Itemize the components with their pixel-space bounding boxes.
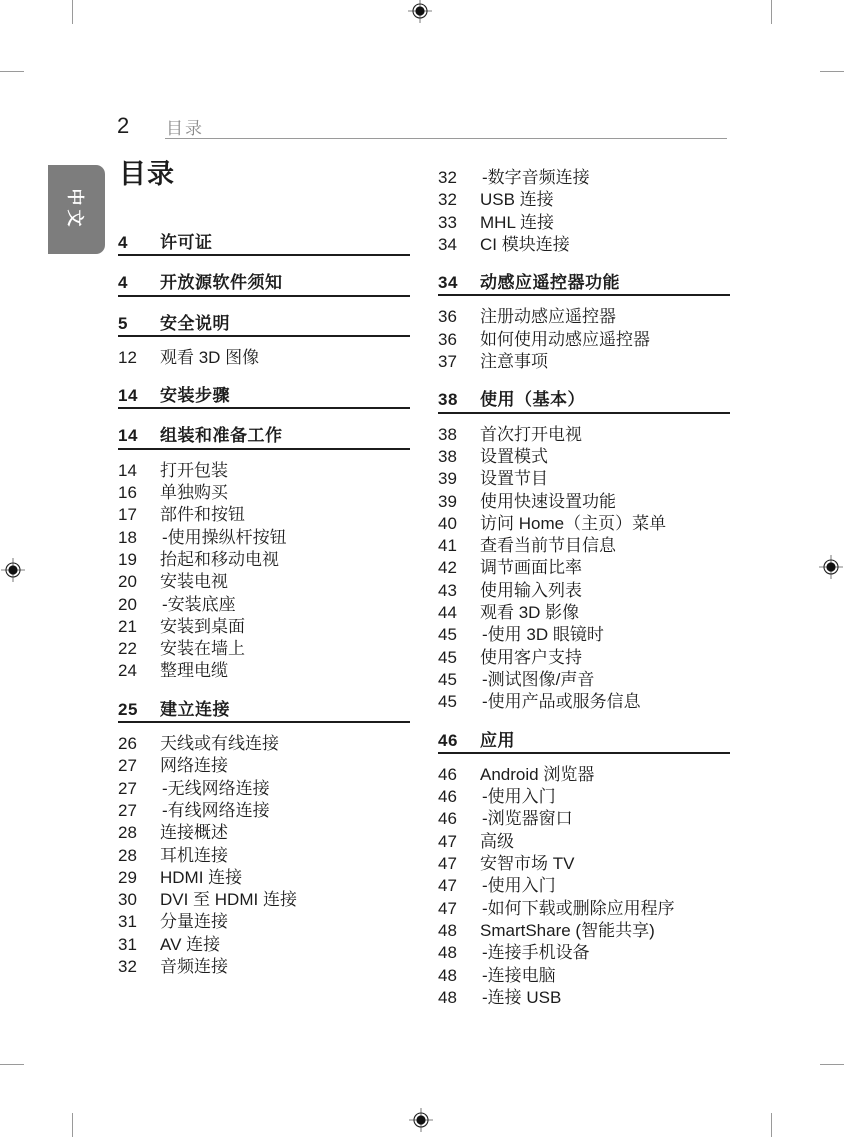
trim-mark-top-left-horizontal	[0, 71, 24, 72]
toc-entry-page-number: 31	[118, 911, 160, 933]
toc-section-title: 38使用（基本）	[438, 389, 730, 411]
toc-entry-label: 使用输入列表	[480, 580, 582, 602]
toc-entry-page-number: 17	[118, 504, 160, 526]
toc-entry-page-number: 5	[118, 313, 160, 335]
toc-entry-page-number: 43	[438, 580, 480, 602]
toc-entry: 31分量连接	[118, 911, 410, 933]
toc-entry-label: 抬起和移动电视	[160, 549, 279, 571]
toc-entry: 48-连接 USB	[438, 987, 730, 1009]
toc-entry-label: SmartShare (智能共享)	[480, 920, 655, 942]
toc-entry-label: -安装底座	[160, 594, 236, 616]
toc-entry-page-number: 45	[438, 647, 480, 669]
toc-entry: 21安装到桌面	[118, 616, 410, 638]
toc-entry-label: 应用	[480, 730, 515, 752]
toc-entry: 24整理电缆	[118, 660, 410, 682]
toc-entry-page-number: 46	[438, 764, 480, 786]
toc-entry-label: 注意事项	[480, 351, 548, 373]
toc-entry-label: -浏览器窗口	[480, 808, 573, 830]
toc-entry-page-number: 48	[438, 920, 480, 942]
toc-entry: 26天线或有线连接	[118, 733, 410, 755]
toc-entry-label: 分量连接	[160, 911, 228, 933]
toc-entry: 32-数字音频连接	[438, 167, 730, 189]
toc-entry: 20安装电视	[118, 571, 410, 593]
toc-entry-label: 打开包装	[160, 460, 228, 482]
toc-entry-label: 安装到桌面	[160, 616, 245, 638]
toc-section: 25建立连接	[118, 699, 410, 723]
toc-section-title: 25建立连接	[118, 699, 410, 721]
toc-entry-label: 动感应遥控器功能	[480, 272, 620, 294]
toc-entry-page-number: 36	[438, 329, 480, 351]
page-number: 2	[117, 113, 129, 139]
toc-entry: 31AV 连接	[118, 934, 410, 956]
toc-entry: 42调节画面比率	[438, 557, 730, 579]
toc-entry-page-number: 4	[118, 232, 160, 254]
toc-entry-label: -使用产品或服务信息	[480, 691, 641, 713]
toc-entry-label: DVI 至 HDMI 连接	[160, 889, 297, 911]
toc-entry-label: 设置节目	[480, 468, 548, 490]
toc-entry-page-number: 12	[118, 347, 160, 369]
trim-mark-bottom-right-vertical	[771, 1113, 772, 1137]
trim-mark-top-right-vertical	[771, 0, 772, 24]
section-rule	[118, 335, 410, 337]
toc-entry-page-number: 41	[438, 535, 480, 557]
toc-entry-label: -使用入门	[480, 875, 556, 897]
toc-entry-label: -连接电脑	[480, 965, 556, 987]
trim-mark-bottom-right-horizontal	[820, 1064, 844, 1065]
language-tab-label: 中文	[64, 189, 89, 231]
toc-entry-page-number: 39	[438, 468, 480, 490]
toc-entry-page-number: 36	[438, 306, 480, 328]
toc-section: 14组装和准备工作	[118, 425, 410, 449]
toc-entry-label: -连接手机设备	[480, 942, 590, 964]
toc-entry-page-number: 32	[438, 167, 480, 189]
toc-entry-page-number: 42	[438, 557, 480, 579]
registration-mark-icon-top	[407, 0, 433, 24]
toc-entry-page-number: 33	[438, 212, 480, 234]
toc-section-title: 14组装和准备工作	[118, 425, 410, 447]
toc-entry-label: CI 模块连接	[480, 234, 570, 256]
toc-entry-page-number: 32	[118, 956, 160, 978]
toc-entry-page-number: 28	[118, 822, 160, 844]
toc-section: 38使用（基本）	[438, 389, 730, 413]
registration-mark-icon-right	[818, 554, 844, 580]
toc-entry-page-number: 47	[438, 853, 480, 875]
toc-entry-page-number: 22	[118, 638, 160, 660]
toc-entry: 44观看 3D 影像	[438, 602, 730, 624]
toc-entry-label: -有线网络连接	[160, 800, 270, 822]
toc-entry: 43使用输入列表	[438, 580, 730, 602]
toc-entry-label: 耳机连接	[160, 845, 228, 867]
toc-entry-label: 安全说明	[160, 313, 230, 335]
toc-entry-page-number: 19	[118, 549, 160, 571]
toc-section: 46应用	[438, 730, 730, 754]
toc-section: 34动感应遥控器功能	[438, 272, 730, 296]
section-rule	[118, 254, 410, 256]
toc-entry-label: 整理电缆	[160, 660, 228, 682]
toc-entry-label: 使用快速设置功能	[480, 491, 616, 513]
toc-entry: 36注册动感应遥控器	[438, 306, 730, 328]
toc-entry: 38首次打开电视	[438, 424, 730, 446]
toc-entry: 22安装在墙上	[118, 638, 410, 660]
toc-column-right: 32-数字音频连接32USB 连接33MHL 连接34CI 模块连接34动感应遥…	[438, 167, 730, 1009]
toc-entry: 27-无线网络连接	[118, 778, 410, 800]
section-rule	[118, 721, 410, 723]
toc-entry-label: 安装步骤	[160, 385, 230, 407]
toc-entry: 45使用客户支持	[438, 647, 730, 669]
toc-entry-page-number: 37	[438, 351, 480, 373]
toc-entry: 47-如何下载或删除应用程序	[438, 898, 730, 920]
toc-section: 5安全说明	[118, 313, 410, 337]
toc-entry-label: 连接概述	[160, 822, 228, 844]
toc-entry: 45-使用产品或服务信息	[438, 691, 730, 713]
toc-entry-label: 组装和准备工作	[160, 425, 283, 447]
toc-entry: 46-浏览器窗口	[438, 808, 730, 830]
toc-entry: 46-使用入门	[438, 786, 730, 808]
toc-entry-page-number: 44	[438, 602, 480, 624]
toc-entry: 19抬起和移动电视	[118, 549, 410, 571]
toc-entry-page-number: 29	[118, 867, 160, 889]
toc-entry-page-number: 26	[118, 733, 160, 755]
toc-entry-label: -使用 3D 眼镜时	[480, 624, 604, 646]
toc-entry-page-number: 34	[438, 272, 480, 294]
manual-toc-page: { "page": { "page_number": "2", "running…	[0, 0, 844, 1137]
toc-entry-page-number: 38	[438, 424, 480, 446]
toc-entry-label: 单独购买	[160, 482, 228, 504]
toc-entry: 45-使用 3D 眼镜时	[438, 624, 730, 646]
toc-entry-page-number: 27	[118, 778, 160, 800]
page-title: 目录	[119, 159, 175, 189]
toc-entry-label: 安装在墙上	[160, 638, 245, 660]
toc-entry: 45-测试图像/声音	[438, 669, 730, 691]
toc-entry-page-number: 31	[118, 934, 160, 956]
toc-entry-label: 使用客户支持	[480, 647, 582, 669]
toc-entry-page-number: 21	[118, 616, 160, 638]
toc-entry-label: 音频连接	[160, 956, 228, 978]
toc-entry-label: 部件和按钮	[160, 504, 245, 526]
toc-entry: 12观看 3D 图像	[118, 347, 410, 369]
toc-entry-label: 建立连接	[160, 699, 230, 721]
toc-entry-page-number: 46	[438, 786, 480, 808]
toc-entry-page-number: 28	[118, 845, 160, 867]
toc-entry-page-number: 47	[438, 831, 480, 853]
toc-entry-label: 许可证	[160, 232, 213, 254]
toc-entry-label: 调节画面比率	[480, 557, 582, 579]
toc-entry-page-number: 24	[118, 660, 160, 682]
trim-mark-top-right-horizontal	[820, 71, 844, 72]
toc-entry-page-number: 32	[438, 189, 480, 211]
toc-entry: 48-连接电脑	[438, 965, 730, 987]
toc-entry: 38设置模式	[438, 446, 730, 468]
toc-entry-label: 访问 Home（主页）菜单	[480, 513, 666, 535]
toc-entry-page-number: 45	[438, 691, 480, 713]
toc-section-title: 46应用	[438, 730, 730, 752]
toc-entry-page-number: 45	[438, 669, 480, 691]
toc-entry-label: HDMI 连接	[160, 867, 242, 889]
toc-entry: 32USB 连接	[438, 189, 730, 211]
toc-entry-label: 使用（基本）	[480, 389, 585, 411]
toc-entry-page-number: 25	[118, 699, 160, 721]
toc-entry: 28连接概述	[118, 822, 410, 844]
toc-section-title: 5安全说明	[118, 313, 410, 335]
toc-entry-label: -测试图像/声音	[480, 669, 594, 691]
running-header-rule	[165, 138, 727, 139]
toc-entry: 33MHL 连接	[438, 212, 730, 234]
trim-mark-bottom-left-horizontal	[0, 1064, 24, 1065]
toc-entry-label: 安智市场 TV	[480, 853, 574, 875]
toc-section: 4许可证	[118, 232, 410, 256]
toc-entry: 40访问 Home（主页）菜单	[438, 513, 730, 535]
toc-entry: 41查看当前节目信息	[438, 535, 730, 557]
toc-section: 14安装步骤	[118, 385, 410, 409]
toc-entry-page-number: 47	[438, 875, 480, 897]
toc-entry-page-number: 48	[438, 965, 480, 987]
toc-entry: 27-有线网络连接	[118, 800, 410, 822]
section-rule	[438, 752, 730, 754]
toc-section-title: 4许可证	[118, 232, 410, 254]
toc-entry-label: USB 连接	[480, 189, 554, 211]
toc-entry-page-number: 38	[438, 389, 480, 411]
toc-entry: 36如何使用动感应遥控器	[438, 329, 730, 351]
toc-entry: 20-安装底座	[118, 594, 410, 616]
toc-entry-page-number: 34	[438, 234, 480, 256]
toc-entry-page-number: 14	[118, 460, 160, 482]
toc-entry: 37注意事项	[438, 351, 730, 373]
toc-entry: 28耳机连接	[118, 845, 410, 867]
toc-entry-page-number: 20	[118, 571, 160, 593]
toc-entry-label: 安装电视	[160, 571, 228, 593]
running-header: 目录	[166, 119, 204, 139]
toc-entry-label: 如何使用动感应遥控器	[480, 329, 650, 351]
toc-entry-label: -如何下载或删除应用程序	[480, 898, 675, 920]
registration-mark-icon-bottom	[408, 1107, 434, 1133]
toc-entry-label: -连接 USB	[480, 987, 561, 1009]
toc-entry: 47安智市场 TV	[438, 853, 730, 875]
toc-entry: 14打开包装	[118, 460, 410, 482]
toc-entry-label: MHL 连接	[480, 212, 554, 234]
toc-entry-page-number: 20	[118, 594, 160, 616]
toc-entry-page-number: 27	[118, 800, 160, 822]
toc-entry-label: 设置模式	[480, 446, 548, 468]
toc-section: 4开放源软件须知	[118, 272, 410, 296]
toc-entry: 32音频连接	[118, 956, 410, 978]
toc-entry: 46Android 浏览器	[438, 764, 730, 786]
toc-entry: 39使用快速设置功能	[438, 491, 730, 513]
toc-entry-label: 网络连接	[160, 755, 228, 777]
toc-entry-label: 查看当前节目信息	[480, 535, 616, 557]
toc-entry-label: 首次打开电视	[480, 424, 582, 446]
toc-entry-page-number: 27	[118, 755, 160, 777]
toc-entry: 17部件和按钮	[118, 504, 410, 526]
toc-entry-label: Android 浏览器	[480, 764, 594, 786]
toc-entry: 48-连接手机设备	[438, 942, 730, 964]
toc-entry: 39设置节目	[438, 468, 730, 490]
toc-entry-label: -无线网络连接	[160, 778, 270, 800]
toc-entry-page-number: 45	[438, 624, 480, 646]
toc-entry-label: -使用入门	[480, 786, 556, 808]
toc-column-left: 4许可证4开放源软件须知5安全说明12观看 3D 图像14安装步骤14组装和准备…	[118, 216, 410, 978]
toc-entry: 48SmartShare (智能共享)	[438, 920, 730, 942]
toc-entry-page-number: 48	[438, 942, 480, 964]
toc-entry: 30DVI 至 HDMI 连接	[118, 889, 410, 911]
toc-entry-label: 观看 3D 图像	[160, 347, 259, 369]
toc-entry-label: 注册动感应遥控器	[480, 306, 616, 328]
section-rule	[118, 448, 410, 450]
toc-entry-page-number: 39	[438, 491, 480, 513]
toc-section-title: 14安装步骤	[118, 385, 410, 407]
toc-section-title: 4开放源软件须知	[118, 272, 410, 294]
toc-entry: 29HDMI 连接	[118, 867, 410, 889]
toc-entry: 16单独购买	[118, 482, 410, 504]
toc-entry-page-number: 38	[438, 446, 480, 468]
toc-entry-label: AV 连接	[160, 934, 220, 956]
toc-entry-page-number: 14	[118, 425, 160, 447]
toc-entry: 47高级	[438, 831, 730, 853]
section-rule	[118, 295, 410, 297]
toc-entry: 47-使用入门	[438, 875, 730, 897]
toc-entry-page-number: 30	[118, 889, 160, 911]
section-rule	[438, 294, 730, 296]
toc-entry: 34CI 模块连接	[438, 234, 730, 256]
toc-entry-page-number: 46	[438, 808, 480, 830]
toc-entry-page-number: 16	[118, 482, 160, 504]
toc-entry: 27网络连接	[118, 755, 410, 777]
toc-entry-label: 高级	[480, 831, 514, 853]
trim-mark-bottom-left-vertical	[72, 1113, 73, 1137]
toc-entry-page-number: 40	[438, 513, 480, 535]
toc-entry-page-number: 48	[438, 987, 480, 1009]
toc-entry-label: 天线或有线连接	[160, 733, 279, 755]
toc-entry-page-number: 46	[438, 730, 480, 752]
toc-entry-label: 开放源软件须知	[160, 272, 283, 294]
toc-section-title: 34动感应遥控器功能	[438, 272, 730, 294]
toc-entry-label: -数字音频连接	[480, 167, 590, 189]
section-rule	[438, 412, 730, 414]
toc-entry-page-number: 47	[438, 898, 480, 920]
toc-entry-page-number: 18	[118, 527, 160, 549]
toc-entry-label: 观看 3D 影像	[480, 602, 579, 624]
registration-mark-icon-left	[0, 557, 26, 583]
toc-entry: 18-使用操纵杆按钮	[118, 527, 410, 549]
toc-entry-page-number: 14	[118, 385, 160, 407]
toc-entry-page-number: 4	[118, 272, 160, 294]
trim-mark-top-left-vertical	[72, 0, 73, 24]
language-tab: 中文	[48, 165, 105, 254]
section-rule	[118, 407, 410, 409]
toc-entry-label: -使用操纵杆按钮	[160, 527, 287, 549]
